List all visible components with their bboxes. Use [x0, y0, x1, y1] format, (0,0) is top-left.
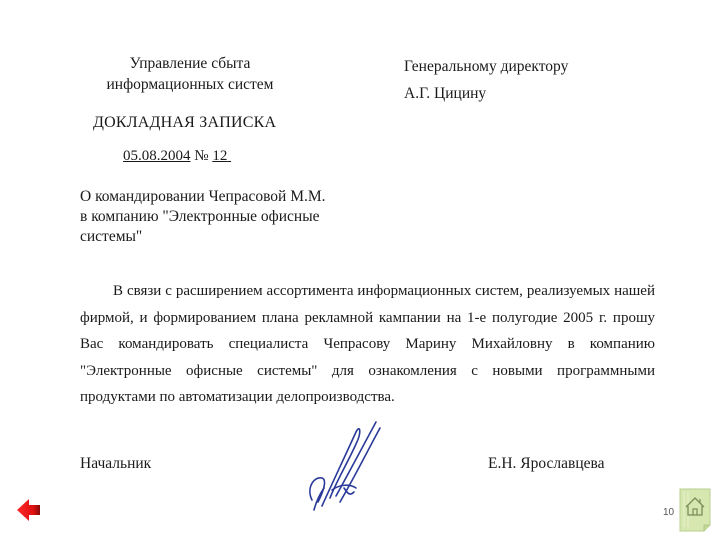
back-button[interactable]: [16, 497, 42, 523]
document-number: 12: [212, 148, 227, 164]
page-number: 10: [663, 507, 674, 518]
arrow-left-icon: [16, 497, 42, 523]
sender-department: Управление сбыта информационных систем: [95, 53, 285, 95]
signer-title: Начальник: [80, 455, 151, 473]
document-date-number: 05.08.2004 № 12: [123, 148, 231, 165]
sender-line-2: информационных систем: [95, 74, 285, 95]
addressee-name: А.Г. Цицину: [404, 80, 568, 107]
home-icon: [678, 487, 712, 533]
subject-line-2: в компанию "Электронные офисные: [80, 207, 326, 227]
home-button[interactable]: [678, 487, 712, 533]
document-date: 05.08.2004: [123, 148, 191, 164]
number-sign: №: [194, 148, 208, 164]
document-subject: О командировании Чепрасовой М.М. в компа…: [80, 187, 326, 247]
signature-icon: [300, 418, 390, 513]
subject-line-3: системы": [80, 227, 326, 247]
subject-line-1: О командировании Чепрасовой М.М.: [80, 187, 326, 207]
addressee: Генеральному директору А.Г. Цицину: [404, 53, 568, 107]
document-type: ДОКЛАДНАЯ ЗАПИСКА: [93, 114, 276, 132]
document-body: В связи с расширением ассортимента инфор…: [80, 278, 655, 411]
addressee-position: Генеральному директору: [404, 53, 568, 80]
sender-line-1: Управление сбыта: [95, 53, 285, 74]
signer-name: Е.Н. Ярославцева: [488, 455, 605, 473]
